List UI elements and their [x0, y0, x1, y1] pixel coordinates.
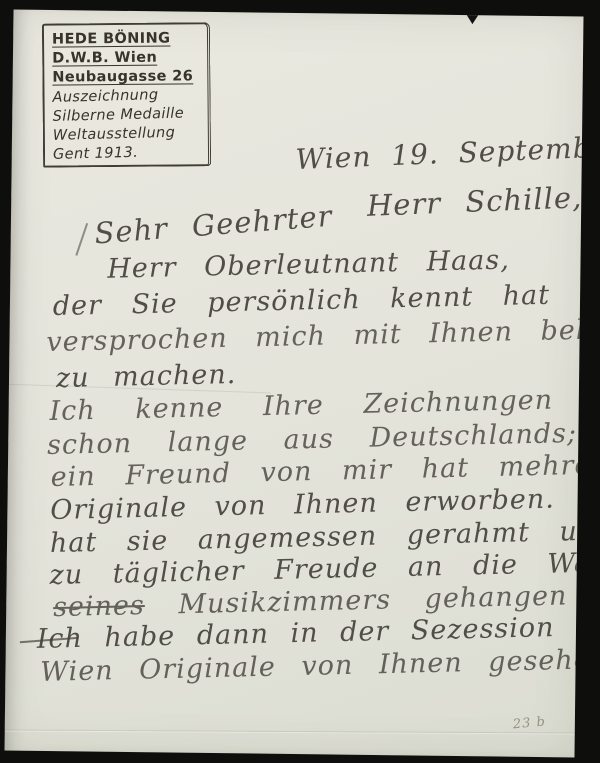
date-line: Wien 19. Septemb. 18 [295, 128, 584, 176]
stamp-line: Gent 1913. [53, 142, 208, 165]
pen-stroke [75, 223, 88, 256]
addressee-line: Herr Schille, [366, 180, 583, 223]
struck-word: seines [53, 590, 145, 623]
scan-background: HEDE BÖNING D.W.B. Wien Neubaugasse 26 A… [0, 0, 600, 763]
stamp-line: D.W.B. Wien [52, 48, 207, 68]
stamp-line: HEDE BÖNING [52, 29, 207, 49]
archive-number: 23 b [512, 714, 546, 732]
letter-line: der Sie persönlich kennt hat mir [52, 278, 583, 322]
fold-crease [5, 729, 575, 733]
letter-line: Herr Oberleutnant Haas, [107, 245, 510, 285]
letter-paper: HEDE BÖNING D.W.B. Wien Neubaugasse 26 A… [4, 10, 583, 758]
exhibitor-stamp: HEDE BÖNING D.W.B. Wien Neubaugasse 26 A… [42, 22, 211, 167]
paper-notch [465, 13, 479, 24]
greeting-line: Sehr Geehrter [93, 199, 333, 251]
